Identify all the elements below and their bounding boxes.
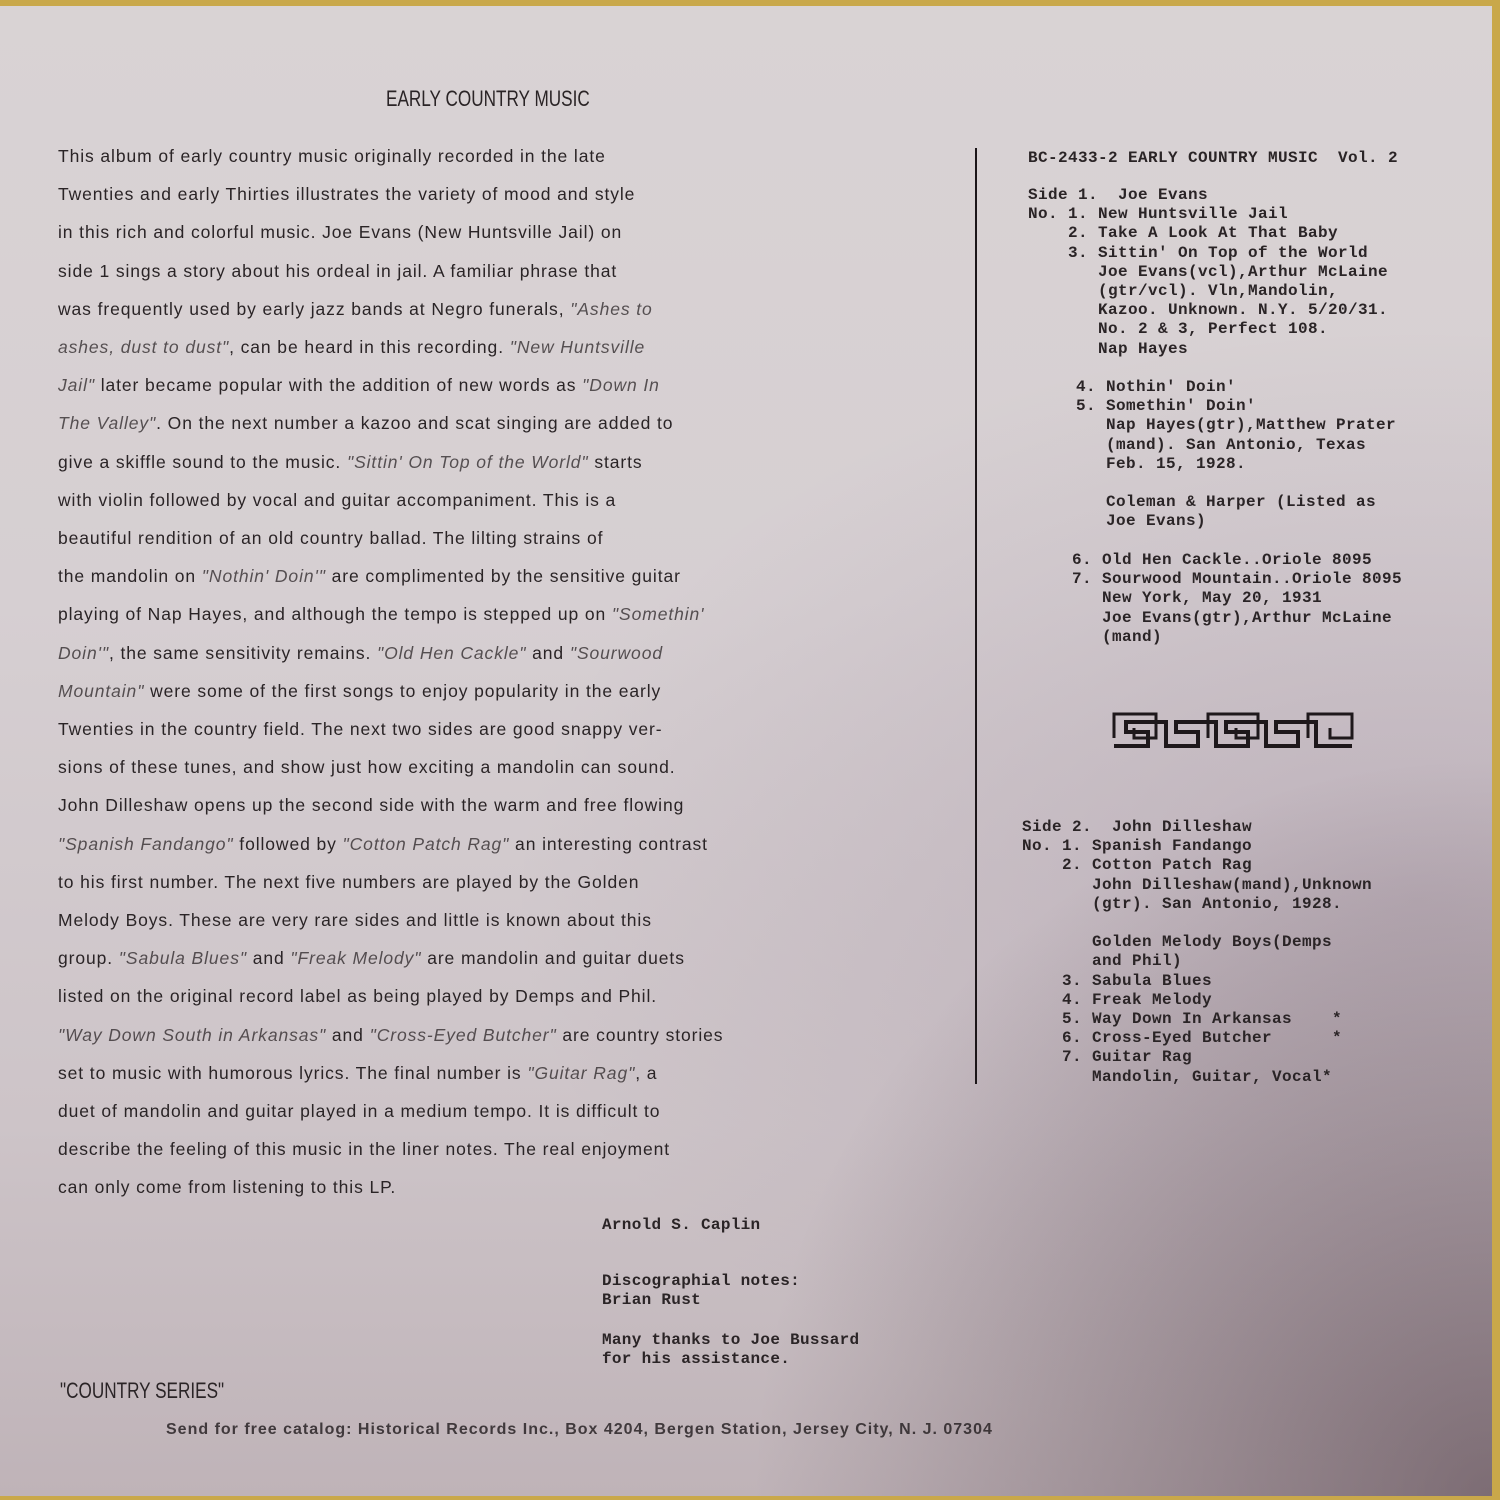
liner-notes-line: playing of Nap Hayes, and although the t… <box>58 595 898 633</box>
liner-notes-line: Mountain" were some of the first songs t… <box>58 672 898 710</box>
side1-tracklist-part2: 4. Nothin' Doin' 5. Somethin' Doin' Nap … <box>1076 378 1396 532</box>
column-divider <box>975 148 977 1084</box>
catalog-header: BC-2433-2 EARLY COUNTRY MUSIC Vol. 2 <box>1028 149 1398 168</box>
acknowledgement: Many thanks to Joe Bussard for his assis… <box>602 1331 859 1369</box>
liner-notes-line: to his first number. The next five numbe… <box>58 863 898 901</box>
liner-notes-line: sions of these tunes, and show just how … <box>58 748 898 786</box>
liner-notes-line: "Way Down South in Arkansas" and "Cross-… <box>58 1016 898 1054</box>
liner-notes-line: Melody Boys. These are very rare sides a… <box>58 901 898 939</box>
author-signature: Arnold S. Caplin <box>602 1216 760 1235</box>
liner-notes-line: with violin followed by vocal and guitar… <box>58 481 898 519</box>
liner-notes-line: was frequently used by early jazz bands … <box>58 290 898 328</box>
liner-notes-line: describe the feeling of this music in th… <box>58 1130 898 1168</box>
liner-notes-line: Jail" later became popular with the addi… <box>58 366 898 404</box>
liner-notes-line: ashes, dust to dust", can be heard in th… <box>58 328 898 366</box>
liner-notes-line: John Dilleshaw opens up the second side … <box>58 786 898 824</box>
side1-tracklist-part1: Side 1. Joe Evans No. 1. New Huntsville … <box>1028 186 1388 359</box>
side2-tracklist: Side 2. John Dilleshaw No. 1. Spanish Fa… <box>1022 818 1372 1087</box>
liner-notes-line: Twenties and early Thirties illustrates … <box>58 175 898 213</box>
greek-key-meander-icon <box>1108 708 1358 752</box>
liner-notes-line: set to music with humorous lyrics. The f… <box>58 1054 898 1092</box>
liner-notes-line: Doin'", the same sensitivity remains. "O… <box>58 634 898 672</box>
liner-notes-line: in this rich and colorful music. Joe Eva… <box>58 213 898 251</box>
liner-notes-line: can only come from listening to this LP. <box>58 1168 898 1206</box>
liner-notes-line: duet of mandolin and guitar played in a … <box>58 1092 898 1130</box>
discography-credit: Discographial notes: Brian Rust <box>602 1272 800 1310</box>
side1-tracklist-part3: 6. Old Hen Cackle..Oriole 8095 7. Sourwo… <box>1072 551 1402 647</box>
catalog-offer: Send for free catalog: Historical Record… <box>166 1421 993 1439</box>
liner-notes-line: Twenties in the country field. The next … <box>58 710 898 748</box>
album-back-cover: EARLY COUNTRY MUSIC This album of early … <box>0 6 1492 1496</box>
liner-notes-line: group. "Sabula Blues" and "Freak Melody"… <box>58 939 898 977</box>
liner-notes-line: give a skiffle sound to the music. "Sitt… <box>58 443 898 481</box>
liner-notes-line: The Valley". On the next number a kazoo … <box>58 404 898 442</box>
liner-notes-line: "Spanish Fandango" followed by "Cotton P… <box>58 825 898 863</box>
liner-notes-line: beautiful rendition of an old country ba… <box>58 519 898 557</box>
liner-notes-line: side 1 sings a story about his ordeal in… <box>58 252 898 290</box>
page-title: EARLY COUNTRY MUSIC <box>386 86 590 112</box>
liner-notes-line: listed on the original record label as b… <box>58 977 898 1015</box>
liner-notes-line: This album of early country music origin… <box>58 137 898 175</box>
series-label: "COUNTRY SERIES" <box>60 1378 224 1404</box>
liner-notes-line: the mandolin on "Nothin' Doin'" are comp… <box>58 557 898 595</box>
liner-notes: This album of early country music origin… <box>58 137 898 1207</box>
